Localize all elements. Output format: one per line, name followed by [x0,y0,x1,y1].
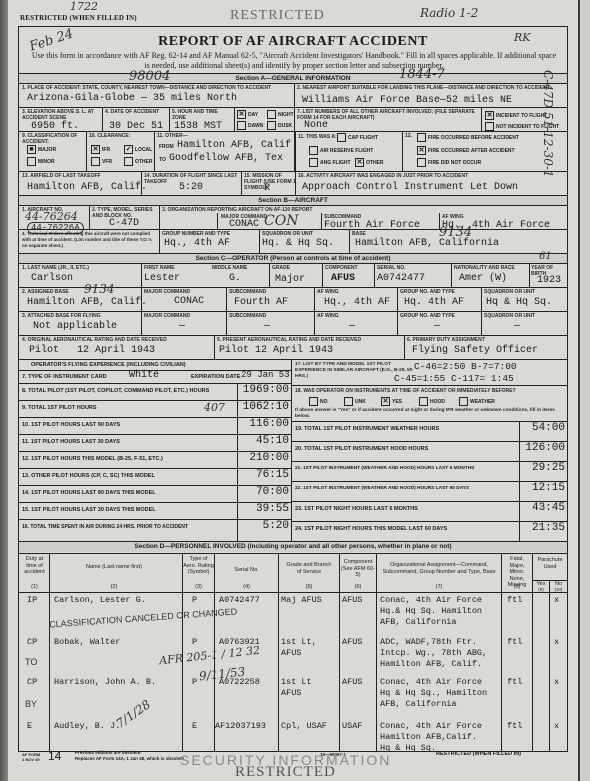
cell-rating: P [192,595,197,606]
cell-injury: ftl [507,637,522,648]
attached-major-command-value: — [179,321,185,332]
replaces-note: Replaces AF Form 14A, 1 Jan 48, which is… [75,756,185,761]
section-b-title: Section B—AIRCRAFT [19,196,567,205]
cell-component: AFUS [342,595,362,606]
group-label: Group Number and Type [162,231,230,237]
instrument-hours-value: 29:25 [519,462,565,474]
instrument-hours-label: 21. 1st Pilot Instrument (Weather and Ho… [295,466,474,471]
stamp-authority-handwritten: AFR 205-1 / 12 32 [159,644,261,668]
checkbox-local[interactable]: ✓Local [124,145,152,154]
hours-row-label: 8. Total Pilot (1st Pilot, Copilot, Comm… [22,388,209,394]
cell-injury: ftl [507,677,522,688]
restricted-stamp-bottom: RESTRICTED [235,764,336,781]
birth-value: 1923 [537,275,561,286]
date-label: 4. Date of Accident [105,109,165,115]
checkbox-night[interactable]: Night [267,110,294,119]
cell-injury: ftl [507,595,522,606]
checkbox-other-clearance[interactable]: Other [124,157,153,166]
hours-row-value: 70:00 [237,486,289,498]
handwritten-right-margin: C-47D 51-12-30-1 [541,70,555,178]
attached-base-value: Not applicable [33,321,117,332]
original-rating-label: 4. Original Aeronautical Rating and Date… [22,337,167,343]
primary-duty-value: Flying Safety Officer [412,345,538,356]
col-header-parachute: Parachute Used [533,557,567,570]
col-num: (7) [377,584,501,591]
form-title: REPORT OF AF AIRCRAFT ACCIDENT [19,34,567,50]
cell-parachute-no: x [554,595,559,606]
c-squadron-value: Hq & Hq Sq. [486,297,552,308]
squadron-label: Squadron or Unit [262,231,313,237]
expiration-label: Expiration Date [191,374,240,380]
present-rating-label: 5. Present Aeronautical Rating and Date … [217,337,361,343]
attached-base-label: 3. Attached Base for Flying [22,313,101,319]
hours-row-label: 10. 1st Pilot Hours Last 90 Days [22,422,120,428]
previous-editions-note: Previous editions are obsolete. [75,750,142,755]
col-header-duty: Duty at time of accident [20,556,49,576]
c-subcommand-label: Subcommand [229,289,266,295]
duration-value: 5:20 [179,182,203,193]
middle-name-value: G. [229,273,241,284]
similar-aircraft-line2: C-45=1:55 C-117= 1:45 [394,373,514,384]
col-num: (9) [533,587,549,594]
col-header-name: Name (Last name first) [69,564,159,571]
component-value: AFUS [331,273,355,284]
activity-label: 16. Activity Aircraft Was Engaged in Jus… [298,173,468,179]
instruments-note: If above answer is "Yes" or if accident … [295,408,563,420]
attached-subcommand-value: — [264,321,270,332]
airfield-last-takeoff-value: Hamilton AFB, Calif. [27,182,147,193]
instrument-hours-value: 21:35 [519,522,565,534]
hours-row-label: 15. 1st Pilot Hours Last 30 Days This Mo… [22,507,156,513]
elevation-label: 3. Elevation above S. L. at accident sce… [22,109,100,121]
from-value: Hamilton AFB, Calif [177,140,291,151]
cell-grade: Cpl, USAF [281,721,327,732]
cell-name: Carlson, Lester G. [54,595,146,606]
col-header-serial: Serial No. [215,567,278,574]
checkbox-instruments-hood[interactable]: Hood [419,397,445,406]
attached-major-command-label: Major Command [144,313,190,319]
form-instructions: Use this form in accordance with AF Reg.… [29,51,559,71]
attached-subcommand-label: Subcommand [229,313,266,319]
handwritten-file-number: 98004 [129,69,170,84]
col-num: (4) [215,584,278,591]
technical-orders-label: 4. Technical Orders affecting this aircr… [22,231,157,249]
first-name-value: Lester [144,273,180,284]
attached-af-wing-value: — [349,321,355,332]
section-a-title: Section A—GENERAL INFORMATION [19,74,567,83]
cell-org: Conac, 4th Air Force Hamilton AFB,Calif.… [380,721,482,754]
instrument-hours-value: 43:45 [519,502,565,514]
last-name-label: 1. Last Name (Jr., II, etc.) [22,265,89,271]
similar-aircraft-line1: C-46=2:50 B-7=7:00 [414,361,517,372]
mission-value: R [264,183,270,194]
middle-name-label: Middle Name [212,265,247,271]
flying-experience-title: Operator's Flying Experience (Including … [31,362,186,368]
cell-name: Audley, B. J. [54,721,120,732]
cell-org: Conac, 4th Air Force Hq & Hq Sq., Hamilt… [380,677,487,710]
squadron-value: Hq. & Hq Sq. [262,238,334,249]
present-rating-value: Pilot 12 April 1943 [219,345,333,356]
checkbox-vfr[interactable]: VFR [91,157,112,166]
form-number: 14 [48,749,61,763]
nationality-value: Amer (W) [459,273,507,284]
hours-row-value: 210:00 [237,452,289,464]
checkbox-ang-flight[interactable]: ANG Flight [309,158,351,167]
c-subcommand-value: Fourth AF [234,297,288,308]
section-c-title: Section C—OPERATOR (Person at controls a… [19,254,567,263]
instrument-hours-value: 126:00 [519,442,565,454]
activity-value: Approach Control Instrument Let Down [302,182,518,193]
airfield-last-takeoff-label: 13. Airfield of Last Takeoff [22,173,101,179]
classification-label: 9. Classification of Accident: [22,133,84,145]
cell-injury: ftl [507,721,522,732]
nearest-airport-label: 2. Nearest Airport Suitable for landing … [297,85,565,91]
checkbox-dawn[interactable]: Dawn [237,121,263,130]
attached-squadron-label: Squadron or Unit [484,313,535,319]
cell-serial: AF12037193 [215,721,266,732]
component-label: Component [325,265,358,271]
hours-row-value: 116:00 [237,418,289,430]
place-value: Arizona-Gila-Globe — 35 miles North [27,93,237,104]
cell-org: Conac, 4th Air Force Hq.& Hq Sq. Hamilto… [380,595,482,628]
instrument-hours-label: 20. Total 1st Pilot Instrument Hood Hour… [295,446,428,452]
scan-right-edge [580,0,590,781]
grade-label: Grade [272,265,290,271]
hours-row-label: 9. Total 1st Pilot Hours [22,405,97,411]
expiration-value: 29 Jan 53 [241,370,290,380]
hours-row-value: 1062:10 [237,401,289,413]
col-num: (2) [69,584,159,591]
cell-org: ADC, WADF,78th Ftr. Intcp. Wg., 78th ABG… [380,637,487,670]
instrument-hours-label: 19. Total 1st Pilot Instrument Weather H… [295,426,439,432]
instrument-hours-label: 23. 1st Pilot Night Hours Last 6 Months [295,506,418,512]
checkbox-incident-to-flight[interactable]: ✕Incident to Flight [485,111,547,120]
handwritten-radio-note: Radio 1-2 [420,6,478,20]
checkbox-day[interactable]: ✕Day [237,110,258,119]
handwritten-bottom-note: 7/1/28 [113,697,153,731]
checkbox-instruments-weather[interactable]: Weather [459,397,495,406]
stamp-to-label: TO [25,657,37,667]
c-group-value: Hq. 4th AF [404,297,464,308]
first-name-label: First Name [144,265,175,271]
last-name-value: Carlson [31,273,73,284]
other-label: 11. Other— [157,133,188,139]
col-num: (8) [502,584,532,591]
cell-duty: E [27,721,32,732]
col-header-component: Component (See AFM 60-5) [340,559,376,579]
nearest-airport-value: Williams Air Force Base—52 miles NE [302,95,512,106]
attached-group-label: Group No. and Type [400,313,455,319]
checkbox-other-flight[interactable]: ✕Other [355,158,384,167]
nationality-label: Nationality and Race [454,265,515,271]
assigned-base-label: 2. Assigned Base [22,289,69,295]
cell-rating: P [192,637,197,648]
cell-name: Bobak, Walter [54,637,120,648]
col-header-grade: Grade and Branch of Service [284,562,334,575]
place-label: 1. Place of Accident: State, county, nea… [22,85,292,91]
original-rating-value: Pilot 12 April 1943 [29,345,155,356]
col-header-org: Organizational Assignment—Command, Subco… [379,562,499,575]
clearance-label: 10. Clearance: [89,133,130,139]
col-num: (6) [340,584,376,591]
c-af-wing-label: AF Wing [317,289,339,295]
this-was-a-label: 11. This was a: [298,134,337,140]
hours-row-value: 1969:00 [237,384,289,396]
cell-component: AFUS [342,637,362,648]
cell-parachute-no: x [554,721,559,732]
on-instruments-label: 18. Was Operator on Instruments at Time … [295,388,516,394]
handwritten-file-number-2: 1844-7 [399,67,445,82]
c-af-wing-value: Hq., 4th AF [324,297,390,308]
serial-label: Serial No. [377,265,406,271]
cell-serial: A0742477 [219,595,260,606]
hours-row-value: 45:10 [237,435,289,447]
checkbox-minor[interactable]: Minor [27,157,55,166]
checkbox-instruments-unk[interactable]: Unk [344,397,366,406]
hours-row-label: 16. Total Time Spent in Air During 24 Hr… [22,524,188,530]
instrument-hours-value: 12:15 [519,482,565,494]
cell-duty: IP [27,595,37,606]
checkbox-dusk[interactable]: Dusk [267,121,292,130]
checkbox-instruments-yes[interactable]: ✕Yes [381,397,402,406]
checkbox-cap-flight[interactable]: CAP Flight [337,133,378,142]
hours-row-note: 407 [204,401,225,414]
checkbox-instruments-no[interactable]: No [309,397,328,406]
col-num: (10) [550,587,567,594]
c-squadron-label: Squadron or Unit [484,289,535,295]
cell-parachute-no: x [554,637,559,648]
checkbox-fire-after[interactable]: ✕Fire Occurred After Accident [417,146,515,155]
c-major-command-label: Major Command [144,289,190,295]
type-model-value: C-47D [109,218,139,229]
cell-duty: CP [27,677,37,688]
birth-handwritten: 61 [539,251,552,262]
declassification-stamp: CLASSIFICATION CANCELED OR CHANGED [49,606,238,629]
hours-row-value: 39:55 [237,503,289,515]
cell-rating: P [192,677,197,688]
instrument-hours-value: 54:00 [519,422,565,434]
hours-row-label: 11. 1st Pilot Hours Last 30 Days [22,439,120,445]
other-aircraft-value: None [304,120,328,131]
c-major-command-value: CONAC [174,296,204,307]
grade-value: Major [275,274,305,285]
restricted-marking-top: RESTRICTED (WHEN FILLED IN) [20,14,137,22]
checkbox-ifr[interactable]: ✕IFR [91,145,110,154]
cell-parachute-no: x [554,677,559,688]
cell-grade: 1st Lt AFUS [281,677,312,699]
cell-component: AFUS [342,677,362,688]
hour-label: 5. Hour and Time Zone [172,109,232,121]
base-label: Base [352,231,366,237]
cell-rating: E [192,721,197,732]
checkbox-major[interactable]: ■Major [27,145,56,154]
hours-row-value: 76:15 [237,469,289,481]
to-label: To [159,157,166,163]
from-label: From [159,144,174,150]
major-command-handwritten: CON [264,213,298,229]
col-num: (5) [279,584,339,591]
cell-grade: 1st Lt, AFUS [281,637,317,659]
form-date: 1 NOV 49 [22,757,40,762]
attached-squadron-value: — [514,321,520,332]
cell-name: Harrison, John A. B. [54,677,156,688]
col-num: (3) [183,584,214,591]
attached-af-wing-label: AF Wing [317,313,339,319]
primary-duty-label: 6. Primary Duty Assignment [407,337,485,343]
checkbox-fire-before[interactable]: Fire Occurred Before Accident [417,133,519,142]
c-group-label: Group No. and Type [400,289,455,295]
restricted-stamp-top: RESTRICTED [230,8,325,24]
stamp-by-label: BY [25,699,37,709]
hours-row-label: 12. 1st Pilot Hours This Model (B-25, F-… [22,456,163,462]
instrument-hours-label: 24. 1st Pilot Night Hours THIS MODEL Las… [295,526,447,532]
base-value: Hamilton AFB, California [355,238,499,249]
checkbox-fire-did-not-occur[interactable]: Fire Did Not Occur [417,158,481,167]
hours-row-value: 5:20 [237,520,289,532]
col-num: (1) [20,584,49,591]
section-d-title: Section D—PERSONNEL INVOLVED (Including … [19,542,567,552]
restricted-marking-bottom: RESTRICTED (WHEN FILLED IN) [436,751,521,757]
handwritten-initials: RK [514,31,531,44]
cell-component: USAF [342,721,362,732]
instrument-hours-label: 22. 1st Pilot Instrument (Weather and Ho… [295,486,469,491]
checkbox-air-reserve-flight[interactable]: Air Reserve Flight [309,146,373,155]
to-value: Goodfellow AFB, Tex [169,153,283,164]
instrument-card-value: White [129,370,159,381]
serial-value: A0742477 [377,273,425,284]
attached-group-value: — [434,321,440,332]
cell-duty: CP [27,637,37,648]
hours-row-label: 14. 1st Pilot Hours Last 90 Days This Mo… [22,490,156,496]
assigned-base-handwritten: 9134 [84,282,115,296]
hours-row-label: 13. Other Pilot Hours (CP, C, SC) This M… [22,473,155,479]
accident-report-form: Feb 24 REPORT OF AF AIRCRAFT ACCIDENT RK… [18,26,568,752]
col-header-rating: Type of Aero. Rating (Symbol) [183,556,214,576]
group-value: Hq., 4th AF [164,238,230,249]
handwritten-number: 1722 [70,0,98,13]
assigned-base-value: Hamilton AFB, Calif. [27,297,147,308]
fire-label: 12. [405,133,412,139]
cell-grade: Maj AFUS [281,595,322,606]
instrument-card-label: 7. Type of Instrument Card [22,374,107,380]
